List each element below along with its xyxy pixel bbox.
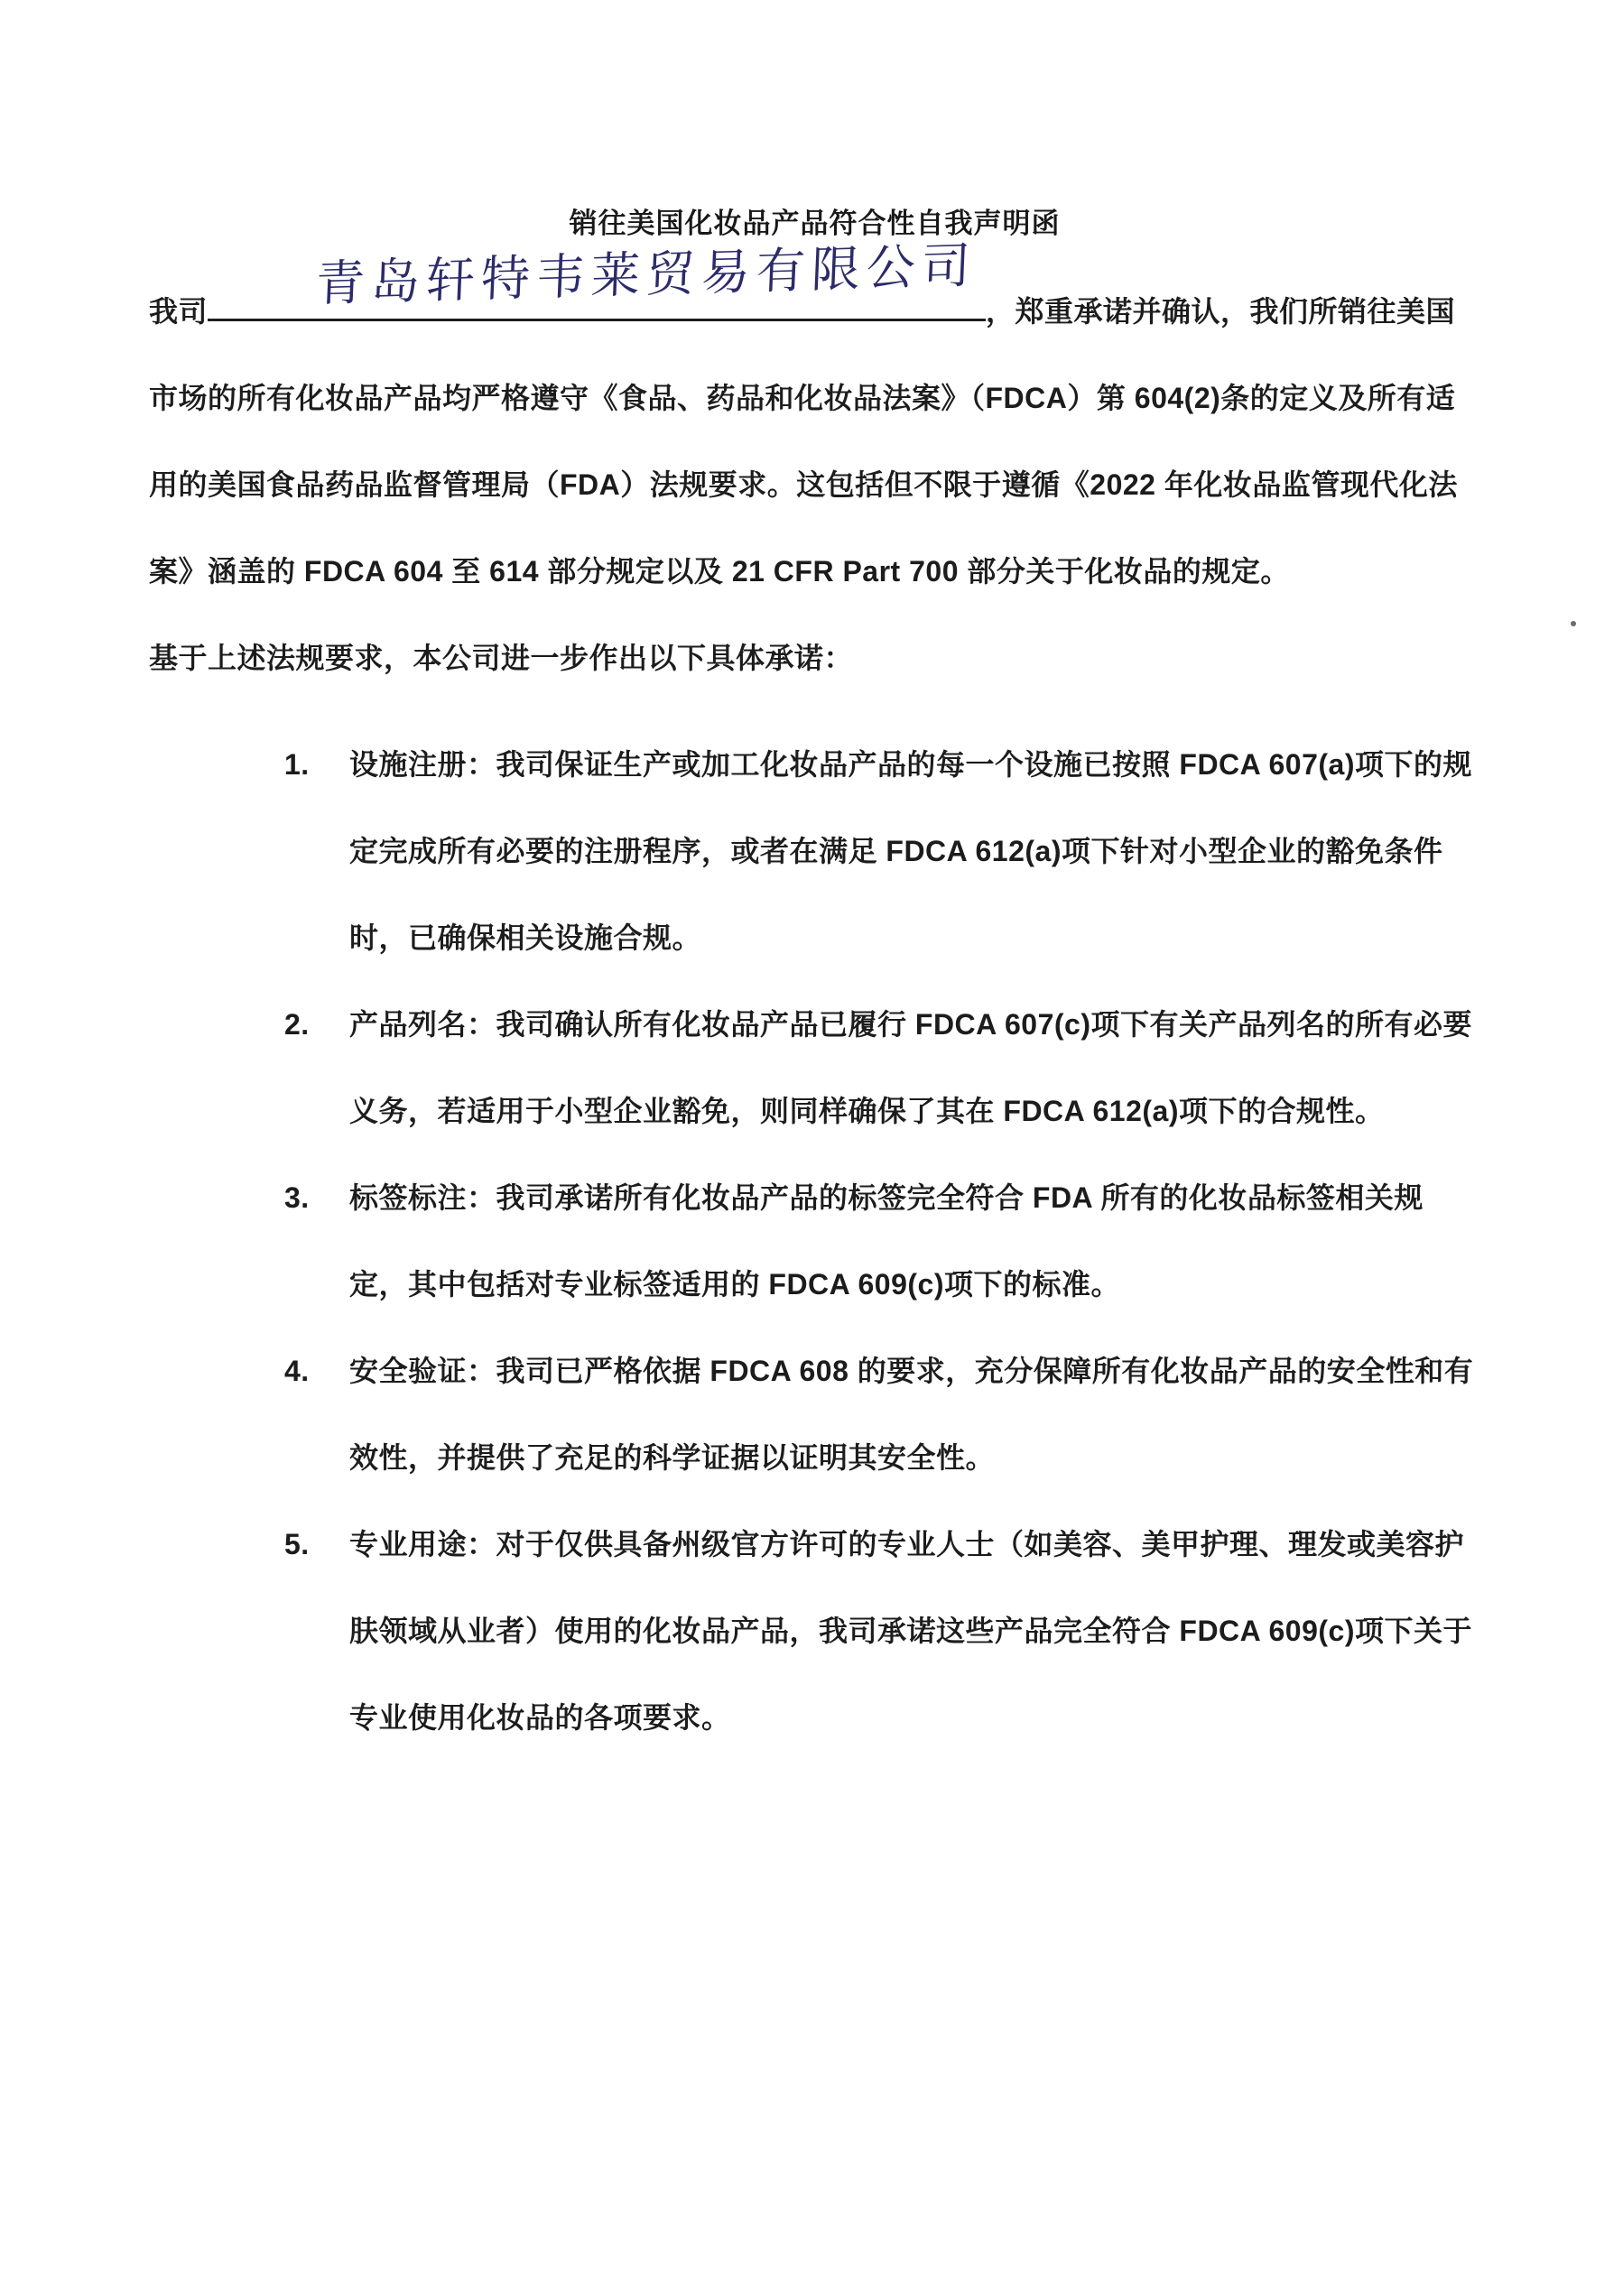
- list-item: 2. 产品列名：我司确认所有化妆品产品已履行 FDCA 607(c)项下有关产品…: [149, 981, 1480, 1154]
- intro-prefix-label: 我司: [149, 295, 208, 328]
- list-item-text: 专业用途：对于仅供具备州级官方许可的专业人士（如美容、美甲护理、理发或美容护肤领…: [349, 1528, 1472, 1734]
- intro-paragraph: 我司青岛轩特韦莱贸易有限公司，郑重承诺并确认，我们所销往美国市场的所有化妆品产品…: [149, 268, 1480, 615]
- company-name-blank-underline: 青岛轩特韦莱贸易有限公司: [208, 283, 986, 321]
- scanned-document-page: 销往美国化妆品产品符合性自我声明函 我司青岛轩特韦莱贸易有限公司，郑重承诺并确认…: [0, 0, 1623, 2296]
- intro-body-text: ，郑重承诺并确认，我们所销往美国市场的所有化妆品产品均严格遵守《食品、药品和化妆…: [149, 295, 1458, 588]
- list-item-number: 3.: [284, 1154, 310, 1241]
- list-item-number: 1.: [284, 721, 310, 808]
- list-item-number: 2.: [284, 981, 310, 1068]
- document-content: 销往美国化妆品产品符合性自我声明函 我司青岛轩特韦莱贸易有限公司，郑重承诺并确认…: [0, 0, 1623, 1761]
- list-item: 3. 标签标注：我司承诺所有化妆品产品的标签完全符合 FDA 所有的化妆品标签相…: [149, 1154, 1480, 1328]
- list-item-text: 产品列名：我司确认所有化妆品产品已履行 FDCA 607(c)项下有关产品列名的…: [349, 1008, 1472, 1127]
- list-item-number: 4.: [284, 1328, 310, 1414]
- list-item-text: 标签标注：我司承诺所有化妆品产品的标签完全符合 FDA 所有的化妆品标签相关规定…: [349, 1181, 1424, 1301]
- commitments-list: 1. 设施注册：我司保证生产或加工化妆品产品的每一个设施已按照 FDCA 607…: [149, 721, 1480, 1761]
- handwritten-company-name: 青岛轩特韦莱贸易有限公司: [314, 222, 978, 328]
- scan-ink-artifact-dot: [1571, 621, 1576, 626]
- list-item: 5. 专业用途：对于仅供具备州级官方许可的专业人士（如美容、美甲护理、理发或美容…: [149, 1501, 1480, 1761]
- list-item-number: 5.: [284, 1501, 310, 1588]
- commitments-intro-line: 基于上述法规要求，本公司进一步作出以下具体承诺：: [149, 615, 1480, 701]
- list-item-text: 安全验证：我司已严格依据 FDCA 608 的要求，充分保障所有化妆品产品的安全…: [349, 1355, 1473, 1474]
- list-item: 4. 安全验证：我司已严格依据 FDCA 608 的要求，充分保障所有化妆品产品…: [149, 1328, 1480, 1501]
- list-item: 1. 设施注册：我司保证生产或加工化妆品产品的每一个设施已按照 FDCA 607…: [149, 721, 1480, 981]
- list-item-text: 设施注册：我司保证生产或加工化妆品产品的每一个设施已按照 FDCA 607(a)…: [349, 748, 1472, 954]
